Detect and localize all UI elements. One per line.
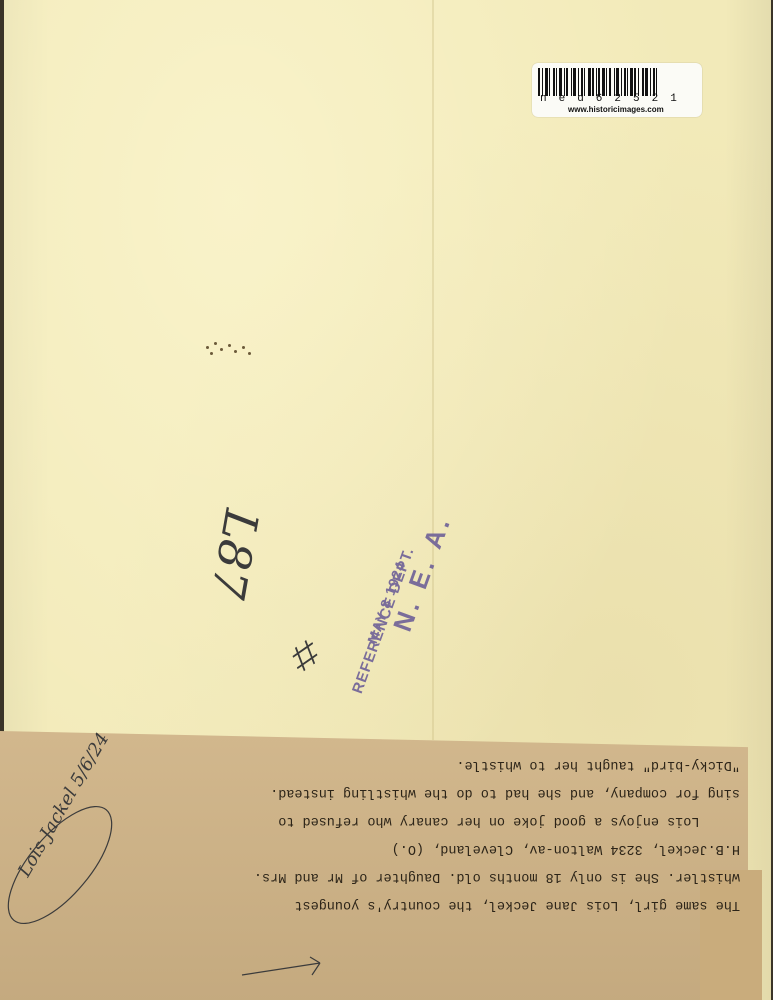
caption-line: Lois enjoys a good joke on her canary wh… xyxy=(100,806,740,834)
caption-line: H.B.Jeckel, 3234 Walton-av, Cleveland, (… xyxy=(100,834,740,862)
caption-line: whistler. She is only 18 months old. Dau… xyxy=(100,862,740,890)
caption-line: "Dicky-bird" taught her to whistle. xyxy=(100,750,740,778)
handwritten-mark: ⌗ xyxy=(275,628,328,689)
typed-caption: The same girl, Lois Jane Jeckel, the cou… xyxy=(100,750,740,918)
barcode-url: www.historicimages.com xyxy=(568,105,664,114)
barcode-number: ned62521 xyxy=(540,93,695,105)
barcode-label: ned62521 www.historicimages.com xyxy=(532,63,702,117)
paper-crease xyxy=(432,0,434,740)
caption-line: sing for company, and she had to do the … xyxy=(100,778,740,806)
pencil-arrow xyxy=(240,955,330,980)
caption-line: The same girl, Lois Jane Jeckel, the cou… xyxy=(100,890,740,918)
handwritten-ref-number: L87 xyxy=(200,506,269,603)
barcode-bars xyxy=(538,68,696,96)
ink-specks xyxy=(200,340,260,360)
